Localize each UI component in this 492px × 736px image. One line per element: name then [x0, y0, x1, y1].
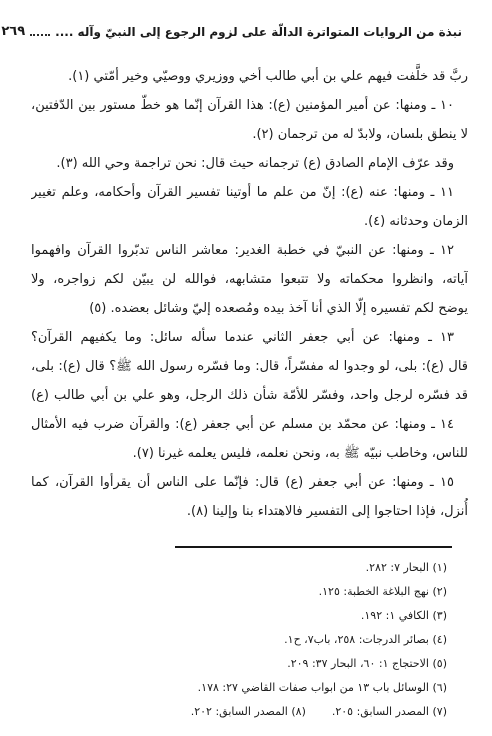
body-line: للناس، وخاطب نبيّه ﷺ به، ونحن نعلمه، فلي… [31, 439, 468, 468]
body-line: قال (ع): بلى، لو وجدوا له مفسّراً، قال: … [31, 352, 468, 381]
body-line: ١٣ ـ ومنها: عن أبي جعفر الثاني عندما سأل… [31, 323, 468, 352]
footnote-row: (٧) المصدر السابق: ٢٠٥. (٨) المصدر الساب… [30, 700, 447, 724]
footnote: (٦) الوسائل باب ١٣ من ابواب صفات القاضي … [30, 676, 447, 700]
body-line: ١١ ـ ومنها: عنه (ع): إنّ من علم ما أوتين… [31, 178, 468, 207]
body-line: يوضح لكم تفسيره إلّا الذي أنا آخذ بيده و… [31, 294, 468, 323]
body-line: أُنزل، فإذا احتاجوا إلى التفسير فالاهتدا… [31, 497, 468, 526]
footnote: (٣) الكافي ١: ١٩٢. [30, 604, 447, 628]
body-line: ١٠ ـ ومنها: عن أمير المؤمنين (ع): هذا ال… [31, 91, 468, 120]
body-line: آياته، وانظروا محكماته ولا تتبعوا متشابه… [31, 265, 468, 294]
dotted-leader [30, 34, 50, 36]
book-page: نبذة من الروايات المتواترة الدالّة على ل… [0, 0, 492, 736]
footnote: (١) البحار ٧: ٢٨٢. [30, 556, 447, 580]
body-line: ربَّ قد خلَّفت فيهم علي بن أبي طالب أخي … [31, 62, 468, 91]
chapter-title: نبذة من الروايات المتواترة الدالّة على ل… [55, 25, 462, 39]
body-line: الزمان وحدثانه (٤). [31, 207, 468, 236]
page-header: نبذة من الروايات المتواترة الدالّة على ل… [30, 24, 462, 39]
body-line: قد فسّره لرجل واحد، وفسّر للأمّة شأن ذلك… [31, 381, 468, 410]
body-line: ١٥ ـ ومنها: عن أبي جعفر (ع) قال: فإنّما … [31, 468, 468, 497]
body-line: لا ينطق بلسان، ولابدّ له من ترجمان (٢). [31, 120, 468, 149]
footnote: (٥) الاحتجاج ١: ٦٠، البحار ٣٧: ٢٠٩. [30, 652, 447, 676]
body-line: ١٤ ـ ومنها: عن محمّد بن مسلم عن أبي جعفر… [31, 410, 468, 439]
footnote: (٨) المصدر السابق: ٢٠٢. [191, 700, 306, 724]
footnote: (٢) نهج البلاغة الخطبة: ١٢٥. [30, 580, 447, 604]
footnotes: (١) البحار ٧: ٢٨٢. (٢) نهج البلاغة الخطب… [30, 556, 447, 724]
footnote: (٤) بصائر الدرجات: ٢٥٨، باب٧، ح١. [30, 628, 447, 652]
footnote-separator [175, 546, 452, 548]
body-text: ربَّ قد خلَّفت فيهم علي بن أبي طالب أخي … [31, 62, 468, 526]
footnote: (٧) المصدر السابق: ٢٠٥. [332, 700, 447, 724]
page-number: ٢٦٩ [1, 24, 25, 39]
body-line: ١٢ ـ ومنها: عن النبيّ في خطبة الغدير: مع… [31, 236, 468, 265]
body-line: وقد عرّف الإمام الصادق (ع) ترجمانه حيث ق… [31, 149, 468, 178]
